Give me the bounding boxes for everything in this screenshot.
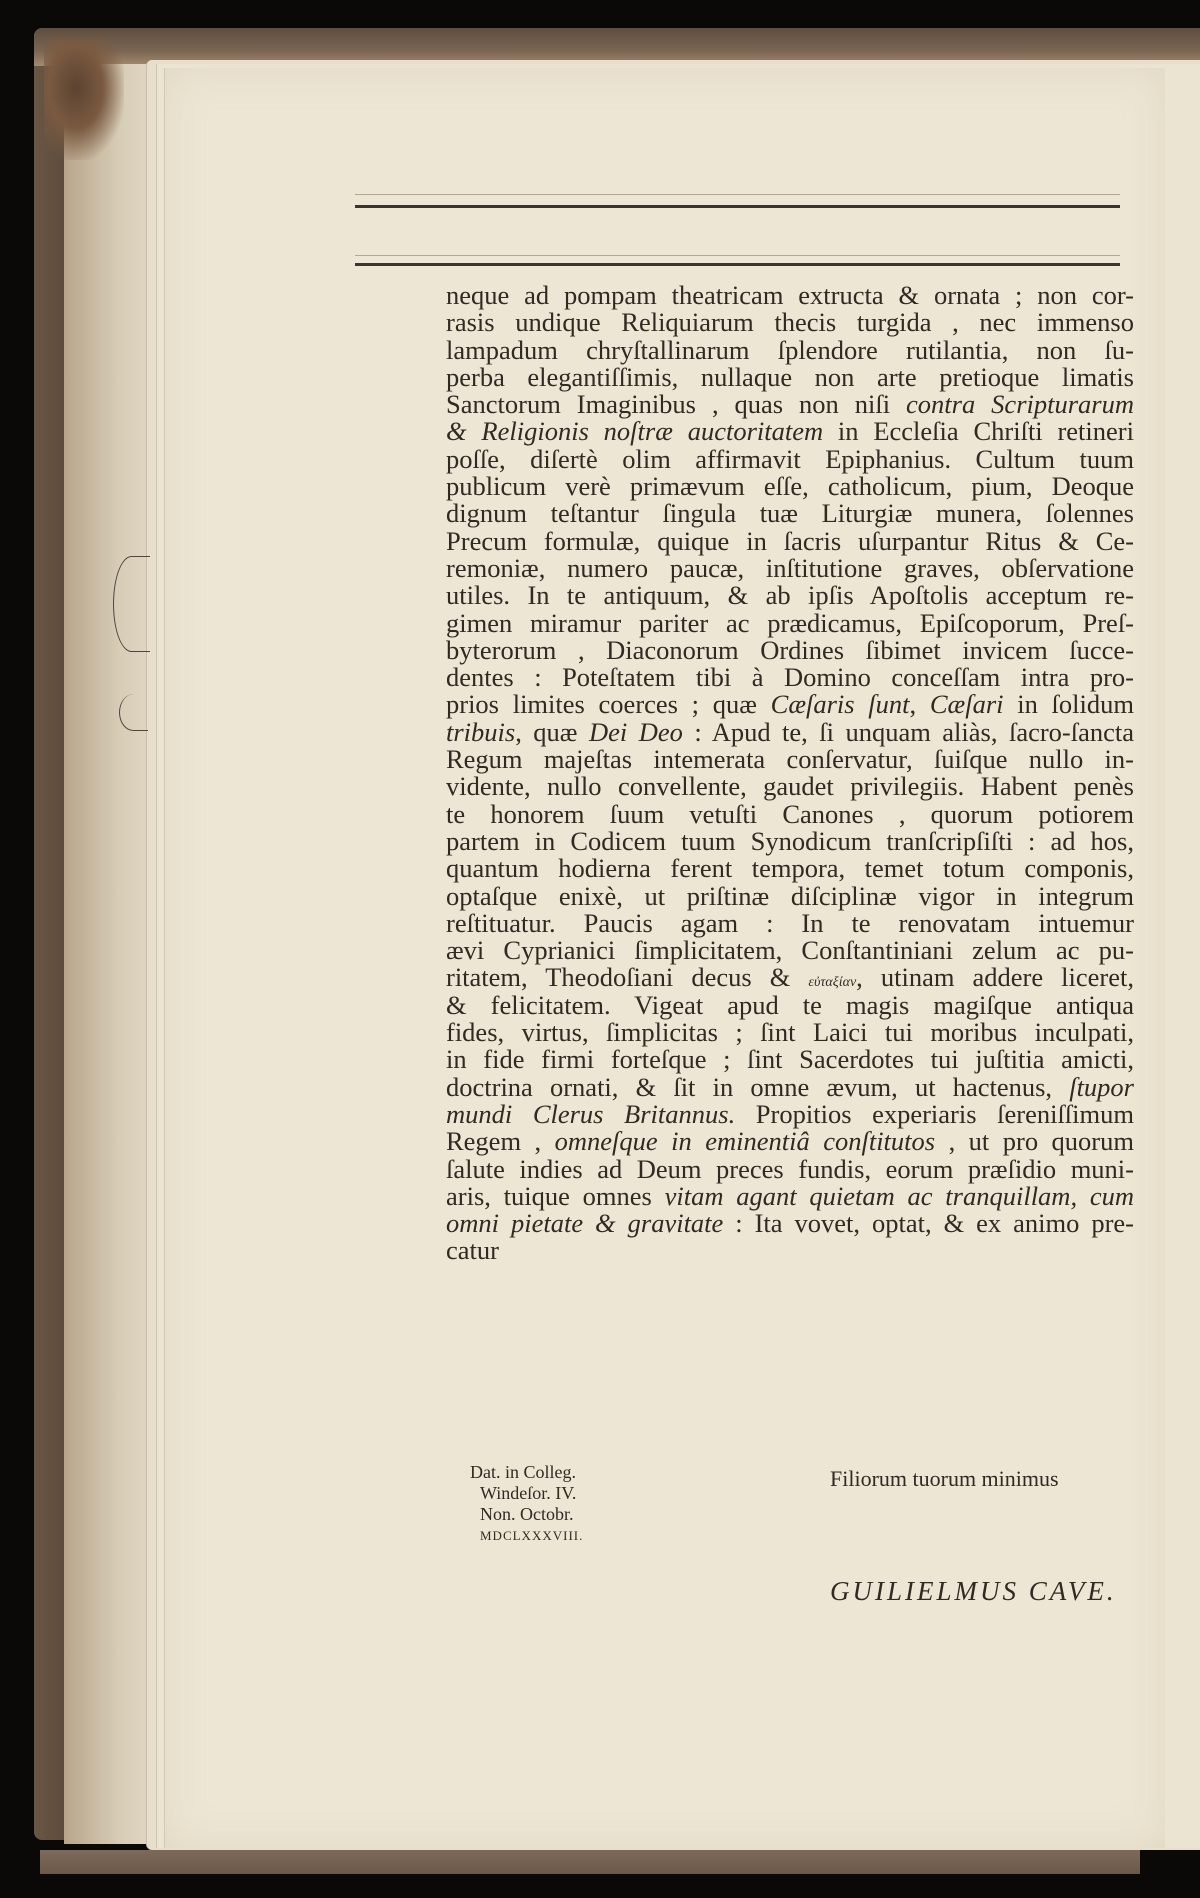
text-segment: doctrina ornati, & ſit in omne ævum, ut … [446,1072,1069,1102]
text-line: omni pietate & gravitate : Ita vovet, op… [446,1210,1134,1237]
text-segment: Propitios experiaris ſereniſſimum [735,1099,1134,1129]
text-segment: gimen miramur pariter ac prædicamus, Epi… [446,608,1134,638]
text-segment: poſſe, diſertè olim affirmavit Epiphaniu… [446,444,1134,474]
text-segment: ſalute indies ad Deum preces fundis, eor… [446,1154,1134,1184]
text-line: ævi Cyprianici ſimplicitatem, Conſtantin… [446,937,1134,964]
text-line: Precum formulæ, quique in ſacris uſurpan… [446,528,1134,555]
dateline-line-3: Non. Octobr. [470,1504,583,1525]
italic-text: omneſque in eminentiâ conſtitutos [555,1126,935,1156]
dateline-line-1: Dat. in Colleg. [470,1462,583,1483]
dateline-year: MDCLXXXVIII. [470,1525,583,1546]
text-line: vidente, nullo convellente, gaudet privi… [446,773,1134,800]
text-segment: , utinam addere liceret, [856,962,1134,992]
italic-text: & Religionis noſtræ auctoritatem [446,416,823,446]
text-line: catur [446,1237,1134,1264]
text-segment: publicum verè primævum eſſe, catholicum,… [446,471,1134,501]
text-line: neque ad pompam theatricam extructa & or… [446,282,1134,309]
text-segment: te honorem ſuum vetuſti Canones , quorum… [446,799,1134,829]
text-line: quantum hodierna ferent tempora, temet t… [446,855,1134,882]
italic-text: ſtupor [1069,1072,1134,1102]
text-line: rasis undique Reliquiarum thecis turgida… [446,309,1134,336]
text-segment: Regum majeſtas intemerata conſervatur, ſ… [446,744,1134,774]
text-segment: fides, virtus, ſimplicitas ; ſint Laici … [446,1017,1134,1047]
dateline: Dat. in Colleg. Windeſor. IV. Non. Octob… [470,1462,583,1546]
header-rule-top [355,194,1120,210]
text-segment: & felicitatem. Vigeat apud te magis magi… [446,990,1134,1020]
text-line: Regum majeſtas intemerata conſervatur, ſ… [446,746,1134,773]
text-line: tribuis, quæ Dei Deo : Apud te, ſi unqua… [446,719,1134,746]
text-segment: : Apud te, ſi unquam aliàs, ſacro-ſancta [683,717,1134,747]
italic-text: vitam agant quietam ac tranquillam, cum [665,1181,1134,1211]
text-line: aris, tuique omnes vitam agant quietam a… [446,1183,1134,1210]
leather-stain [44,40,124,160]
text-line: Regem , omneſque in eminentiâ conſtituto… [446,1128,1134,1155]
text-line: in fide firmi forteſque ; ſint Sacerdote… [446,1046,1134,1073]
text-segment: Precum formulæ, quique in ſacris uſurpan… [446,526,1134,556]
italic-text: Cæſaris ſunt [771,689,910,719]
body-text: neque ad pompam theatricam extructa & or… [446,282,1134,1265]
text-line: Sanctorum Imaginibus , quas non niſi con… [446,391,1134,418]
text-segment: neque ad pompam theatricam extructa & or… [446,280,1134,310]
cover-bottom-edge [40,1850,1140,1874]
text-line: dentes : Poteſtatem tibi à Domino conceſ… [446,664,1134,691]
text-segment: ritatem, Theodoſiani decus & [446,962,808,992]
text-line: poſſe, diſertè olim affirmavit Epiphaniu… [446,446,1134,473]
rule-thin [355,255,1120,256]
text-segment: perba elegantiſſimis, nullaque non arte … [446,362,1134,392]
text-line: doctrina ornati, & ſit in omne ævum, ut … [446,1074,1134,1101]
text-segment: partem in Codicem tuum Synodicum tranſcr… [446,826,1134,856]
text-segment: , ut pro quorum [935,1126,1134,1156]
text-line: prios limites coerces ; quæ Cæſaris ſunt… [446,691,1134,718]
italic-text: omni pietate & gravitate [446,1208,723,1238]
text-line: publicum verè primævum eſſe, catholicum,… [446,473,1134,500]
italic-text: mundi Clerus Britannus. [446,1099,735,1129]
text-line: utiles. In te antiquum, & ab ipſis Apoſt… [446,582,1134,609]
text-line: ſalute indies ad Deum preces fundis, eor… [446,1156,1134,1183]
text-line: perba elegantiſſimis, nullaque non arte … [446,364,1134,391]
text-segment: lampadum chryſtallinarum ſplendore rutil… [446,335,1134,365]
text-segment: quantum hodierna ferent tempora, temet t… [446,853,1134,883]
text-segment: rasis undique Reliquiarum thecis turgida… [446,307,1134,337]
text-segment: vidente, nullo convellente, gaudet privi… [446,771,1134,801]
text-line: & felicitatem. Vigeat apud te magis magi… [446,992,1134,1019]
signature: GUILIELMUS CAVE. [830,1576,1117,1607]
rule-thin [355,194,1120,195]
text-segment: : Ita vovet, optat, & ex animo pre- [723,1208,1134,1238]
text-line: remoniæ, numero paucæ, inſtitutione grav… [446,555,1134,582]
pencil-mark-small [119,694,148,731]
text-segment: dignum teſtantur ſingula tuæ Liturgiæ mu… [446,498,1134,528]
text-segment: in Eccleſia Chriſti retineri [823,416,1134,446]
text-segment: byterorum , Diaconorum Ordines ſibimet i… [446,635,1134,665]
text-segment: dentes : Poteſtatem tibi à Domino conceſ… [446,662,1134,692]
text-segment: remoniæ, numero paucæ, inſtitutione grav… [446,553,1134,583]
text-segment: , quæ [515,717,589,747]
text-line: gimen miramur pariter ac prædicamus, Epi… [446,610,1134,637]
text-line: & Religionis noſtræ auctoritatem in Eccl… [446,418,1134,445]
text-segment: , [910,689,930,719]
text-segment: optaſque enixè, ut priſtinæ diſciplinæ v… [446,881,1134,911]
text-line: reſtituatur. Paucis agam : In te renovat… [446,910,1134,937]
text-segment: ævi Cyprianici ſimplicitatem, Conſtantin… [446,935,1134,965]
text-line: lampadum chryſtallinarum ſplendore rutil… [446,337,1134,364]
dateline-line-2: Windeſor. IV. [470,1483,583,1504]
text-line: te honorem ſuum vetuſti Canones , quorum… [446,801,1134,828]
header-rule-bottom [355,255,1120,271]
text-segment: utiles. In te antiquum, & ab ipſis Apoſt… [446,580,1134,610]
text-segment: reſtituatur. Paucis agam : In te renovat… [446,908,1134,938]
text-segment: Sanctorum Imaginibus , quas non niſi [446,389,906,419]
text-line: byterorum , Diaconorum Ordines ſibimet i… [446,637,1134,664]
text-segment: prios limites coerces ; quæ [446,689,771,719]
text-segment: Regem , [446,1126,555,1156]
greek-text: εὐταξίαν [808,975,856,990]
text-line: mundi Clerus Britannus. Propitios experi… [446,1101,1134,1128]
italic-text: tribuis [446,717,515,747]
closing-phrase: Filiorum tuorum minimus [830,1466,1059,1492]
rule-thick [355,205,1120,208]
text-line: fides, virtus, ſimplicitas ; ſint Laici … [446,1019,1134,1046]
italic-text: Dei Deo [589,717,683,747]
text-line: ritatem, Theodoſiani decus & εὐταξίαν, u… [446,964,1134,991]
text-line: optaſque enixè, ut priſtinæ diſciplinæ v… [446,883,1134,910]
text-line: dignum teſtantur ſingula tuæ Liturgiæ mu… [446,500,1134,527]
text-segment: catur [446,1235,499,1265]
text-segment: in ſolidum [1004,689,1134,719]
rule-thick [355,263,1120,266]
text-line: partem in Codicem tuum Synodicum tranſcr… [446,828,1134,855]
italic-text: contra Scripturarum [906,389,1134,419]
pencil-mark-large [113,556,150,652]
text-segment: in fide firmi forteſque ; ſint Sacerdote… [446,1044,1134,1074]
text-segment: aris, tuique omnes [446,1181,665,1211]
italic-text: Cæſari [930,689,1004,719]
